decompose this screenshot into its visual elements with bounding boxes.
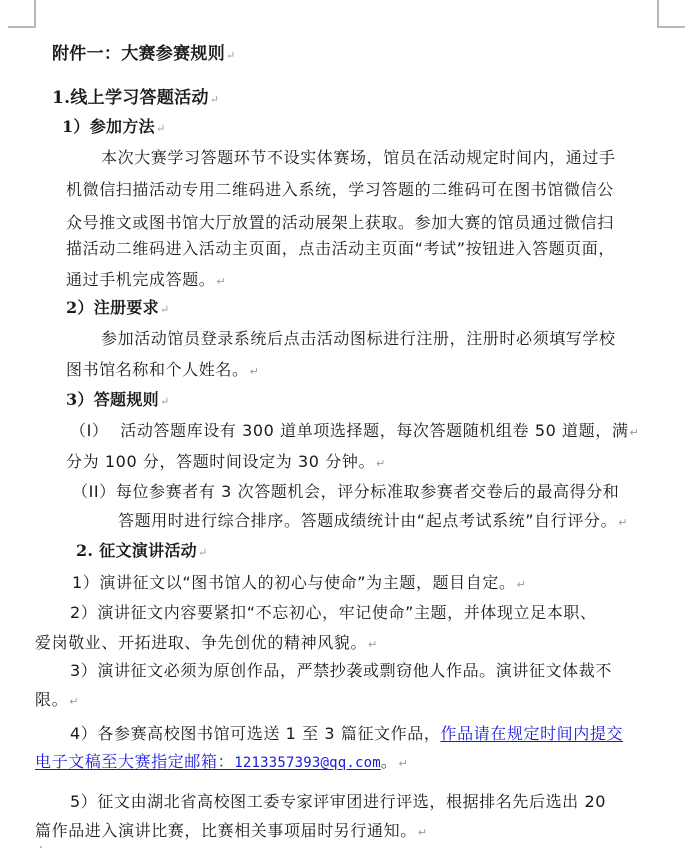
section-1-heading: 1.线上学习答题活动↵ [52,88,219,110]
submission-link[interactable]: 作品请在规定时间内提交 [440,724,623,743]
paragraph-mark-icon: ↵ [210,93,219,106]
rule-2-line: （II）每位参赛者有 3 次答题机会，评分标准取参赛者交卷后的最高得分和 [72,482,619,502]
paragraph-mark-icon: ↵ [216,275,225,288]
rule-1-line: 分为 100 分，答题时间设定为 30 分钟。↵ [66,452,385,474]
margin-corner-top-right [657,0,685,28]
margin-corner-top-left [8,0,36,28]
rule-1-marker: （I） [70,421,109,440]
paragraph-mark-icon: ↵ [156,122,165,135]
rule-2-marker: （II） [72,482,116,501]
essay-item-2: 2）演讲征文内容要紧扣“不忘初心，牢记使命”主题，并体现立足本职、 [70,603,597,623]
cursor-mark [40,846,42,848]
essay-item-4: 4）各参赛高校图书馆可选送 1 至 3 篇征文作品，作品请在规定时间内提交 [70,724,623,744]
paragraph-line: 通过手机完成答题。↵ [66,270,226,292]
essay-item-5: 篇作品进入演讲比赛，比赛相关事项届时另行通知。↵ [35,821,427,843]
essay-item-5: 5）征文由湖北省高校图工委专家评审团进行评选，根据排名先后选出 20 [70,792,606,812]
subsection-heading-method: 1）参加方法↵ [62,117,165,139]
paragraph-mark-icon: ↵ [368,638,377,651]
paragraph-mark-icon: ↵ [226,49,235,62]
paragraph-mark-icon: ↵ [399,757,408,770]
paragraph-line: 参加活动馆员登录系统后点击活动图标进行注册，注册时必须填写学校 [101,329,616,349]
paragraph-mark-icon: ↵ [418,826,427,839]
paragraph-mark-icon: ↵ [69,695,78,708]
essay-item-1: 1）演讲征文以“图书馆人的初心与使命”为主题，题目自定。↵ [72,573,526,595]
essay-item-3: 3）演讲征文必须为原创作品，严禁抄袭或剽窃他人作品。演讲征文体裁不 [70,661,612,681]
rule-2-line: 答题用时进行综合排序。答题成绩统计由“起点考试系统”自行评分。↵ [118,511,627,533]
paragraph-line: 众号推文或图书馆大厅放置的活动展架上获取。参加大赛的馆员通过微信扫 [66,213,614,233]
document-page: 附件一：大赛参赛规则↵ 1.线上学习答题活动↵ 1）参加方法↵ 本次大赛学习答题… [0,0,700,853]
paragraph-line: 图书馆名称和个人姓名。↵ [66,360,259,382]
section-2-heading: 2. 征文演讲活动↵ [76,541,207,563]
paragraph-line: 机微信扫描活动专用二维码进入系统，学习答题的二维码可在图书馆微信公 [66,180,614,200]
paragraph-line: 描活动二维码进入活动主页面，点击活动主页面“考试”按钮进入答题页面， [66,239,615,259]
paragraph-mark-icon: ↵ [160,395,169,408]
document-title: 附件一：大赛参赛规则↵ [52,44,235,66]
rule-1-line: （I） 活动答题库设有 300 道单项选择题，每次答题随机组卷 50 道题，满↵ [70,421,639,443]
subsection-heading-rules: 3）答题规则↵ [66,390,169,412]
essay-item-3: 限。↵ [35,690,78,712]
paragraph-mark-icon: ↵ [160,303,169,316]
paragraph-line: 本次大赛学习答题环节不设实体赛场，馆员在活动规定时间内，通过手 [101,148,616,168]
essay-item-2: 爱岗敬业、开拓进取、争先创优的精神风貌。↵ [35,633,377,655]
paragraph-mark-icon: ↵ [517,578,526,591]
paragraph-mark-icon: ↵ [250,365,259,378]
submission-link[interactable]: 电子文稿至大赛指定邮箱： [35,752,234,771]
paragraph-mark-icon: ↵ [198,546,207,559]
paragraph-mark-icon: ↵ [376,457,385,470]
email-link[interactable]: 1213357393@qq.com [234,755,381,771]
essay-item-4: 电子文稿至大赛指定邮箱：1213357393@qq.com。↵ [35,752,408,774]
paragraph-mark-icon: ↵ [629,426,638,439]
subsection-heading-registration: 2）注册要求↵ [66,298,169,320]
paragraph-mark-icon: ↵ [618,516,627,529]
